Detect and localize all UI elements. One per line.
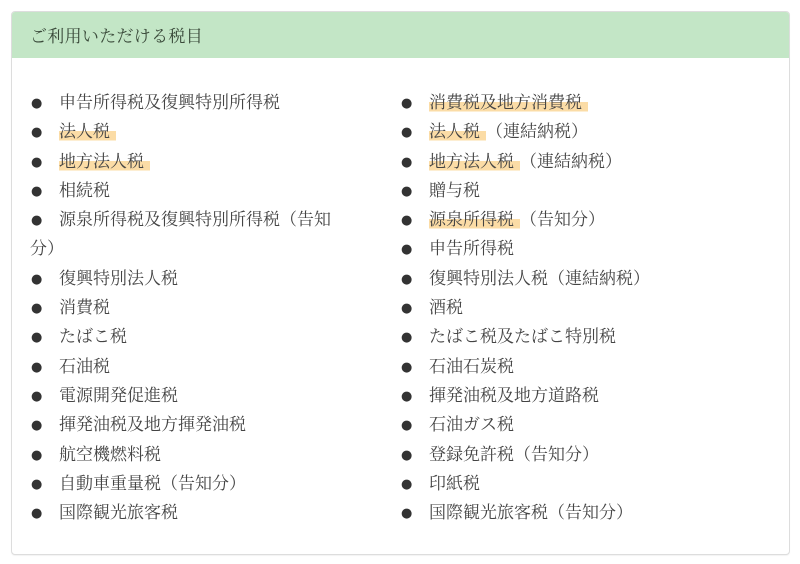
list-item-suffix: （告知分） xyxy=(520,210,605,230)
list-item-label: 申告所得税 xyxy=(429,239,514,259)
list-item: ●石油税 xyxy=(30,353,380,382)
bullet-icon: ● xyxy=(31,499,42,528)
list-item-label: 贈与税 xyxy=(429,181,480,201)
bullet-icon: ● xyxy=(401,118,412,147)
list-item: ●印紙税 xyxy=(400,470,770,499)
bullet-icon: ● xyxy=(401,206,412,235)
bullet-icon: ● xyxy=(31,470,42,499)
bullet-icon: ● xyxy=(401,265,412,294)
bullet-icon: ● xyxy=(31,177,42,206)
list-item-label: 揮発油税及地方揮発油税 xyxy=(59,415,246,435)
list-item: ●自動車重量税（告知分） xyxy=(30,470,380,499)
bullet-icon: ● xyxy=(401,441,412,470)
list-item-label: 申告所得税及復興特別所得税 xyxy=(59,93,280,113)
list-item: ●復興特別法人税（連結納税） xyxy=(400,265,770,294)
list-item-label: 源泉所得税及復興特別所得税（告知 xyxy=(59,206,380,235)
list-item: ●航空機燃料税 xyxy=(30,441,380,470)
bullet-icon: ● xyxy=(31,353,42,382)
list-item: ●源泉所得税（告知分） xyxy=(400,206,770,235)
list-item: ●法人税（連結納税） xyxy=(400,118,770,147)
list-item-suffix: （連結納税） xyxy=(520,152,622,172)
bullet-icon: ● xyxy=(401,294,412,323)
list-item-label: 電源開発促進税 xyxy=(59,386,178,406)
list-item-label-continued: 分） xyxy=(30,235,380,264)
list-item-label-highlighted: 地方法人税 xyxy=(59,152,150,172)
list-item-label: 石油石炭税 xyxy=(429,357,514,377)
list-item-label-highlighted: 地方法人税 xyxy=(429,152,520,172)
bullet-icon: ● xyxy=(401,235,412,264)
list-item: ●揮発油税及地方揮発油税 xyxy=(30,411,380,440)
panel-title: ご利用いただける税目 xyxy=(30,22,203,47)
panel-header: ご利用いただける税目 xyxy=(12,12,789,58)
list-item: ●国際観光旅客税（告知分） xyxy=(400,499,770,528)
available-tax-items-panel: ご利用いただける税目 ●申告所得税及復興特別所得税 ●法人税 ●地方法人税 ●相… xyxy=(11,11,790,555)
list-item: ●たばこ税 xyxy=(30,323,380,352)
bullet-icon: ● xyxy=(31,148,42,177)
bullet-icon: ● xyxy=(401,499,412,528)
list-item: ●源泉所得税及復興特別所得税（告知分） xyxy=(30,206,380,265)
bullet-icon: ● xyxy=(31,206,42,235)
list-item-label: 相続税 xyxy=(59,181,110,201)
bullet-icon: ● xyxy=(31,89,42,118)
list-item: ●消費税 xyxy=(30,294,380,323)
list-item-label-highlighted: 源泉所得税 xyxy=(429,210,520,230)
list-item-label: 自動車重量税（告知分） xyxy=(59,474,246,494)
list-item: ●法人税 xyxy=(30,118,380,147)
list-item-label: たばこ税及たばこ特別税 xyxy=(429,327,616,347)
list-item-label: 国際観光旅客税（告知分） xyxy=(429,503,633,523)
list-item: ●揮発油税及地方道路税 xyxy=(400,382,770,411)
bullet-icon: ● xyxy=(401,177,412,206)
bullet-icon: ● xyxy=(31,323,42,352)
list-item-label: 印紙税 xyxy=(429,474,480,494)
tax-list-right: ●消費税及地方消費税 ●法人税（連結納税） ●地方法人税（連結納税） ●贈与税 … xyxy=(400,89,770,528)
list-item: ●国際観光旅客税 xyxy=(30,499,380,528)
bullet-icon: ● xyxy=(31,265,42,294)
bullet-icon: ● xyxy=(401,323,412,352)
list-item: ●石油石炭税 xyxy=(400,353,770,382)
list-item-label: たばこ税 xyxy=(59,327,127,347)
list-item: ●消費税及地方消費税 xyxy=(400,89,770,118)
list-item: ●たばこ税及たばこ特別税 xyxy=(400,323,770,352)
list-item: ●申告所得税 xyxy=(400,235,770,264)
list-item: ●相続税 xyxy=(30,177,380,206)
list-item: ●石油ガス税 xyxy=(400,411,770,440)
list-item-label: 登録免許税（告知分） xyxy=(429,445,599,465)
list-item-label: 石油税 xyxy=(59,357,110,377)
bullet-icon: ● xyxy=(401,89,412,118)
list-item-label: 航空機燃料税 xyxy=(59,445,161,465)
list-item-label-highlighted: 法人税 xyxy=(429,122,486,142)
list-item: ●登録免許税（告知分） xyxy=(400,441,770,470)
list-item-label-highlighted: 法人税 xyxy=(59,122,116,142)
bullet-icon: ● xyxy=(401,470,412,499)
bullet-icon: ● xyxy=(31,382,42,411)
bullet-icon: ● xyxy=(401,148,412,177)
bullet-icon: ● xyxy=(31,294,42,323)
list-item-label: 酒税 xyxy=(429,298,463,318)
list-item: ●酒税 xyxy=(400,294,770,323)
list-item-label: 国際観光旅客税 xyxy=(59,503,178,523)
list-item-label: 揮発油税及地方道路税 xyxy=(429,386,599,406)
list-item-label: 石油ガス税 xyxy=(429,415,514,435)
list-item: ●地方法人税 xyxy=(30,148,380,177)
list-item: ●電源開発促進税 xyxy=(30,382,380,411)
bullet-icon: ● xyxy=(401,382,412,411)
bullet-icon: ● xyxy=(31,118,42,147)
list-item: ●贈与税 xyxy=(400,177,770,206)
bullet-icon: ● xyxy=(401,411,412,440)
list-item-label: 復興特別法人税 xyxy=(59,269,178,289)
list-item-suffix: （連結納税） xyxy=(486,122,588,142)
bullet-icon: ● xyxy=(401,353,412,382)
list-item: ●地方法人税（連結納税） xyxy=(400,148,770,177)
bullet-icon: ● xyxy=(31,441,42,470)
bullet-icon: ● xyxy=(31,411,42,440)
list-item-label-highlighted: 消費税及地方消費税 xyxy=(429,93,588,113)
tax-list-left: ●申告所得税及復興特別所得税 ●法人税 ●地方法人税 ●相続税 ●源泉所得税及復… xyxy=(30,89,380,528)
list-item: ●申告所得税及復興特別所得税 xyxy=(30,89,380,118)
list-item: ●復興特別法人税 xyxy=(30,265,380,294)
list-item-label: 消費税 xyxy=(59,298,110,318)
list-item-label: 復興特別法人税（連結納税） xyxy=(429,269,650,289)
